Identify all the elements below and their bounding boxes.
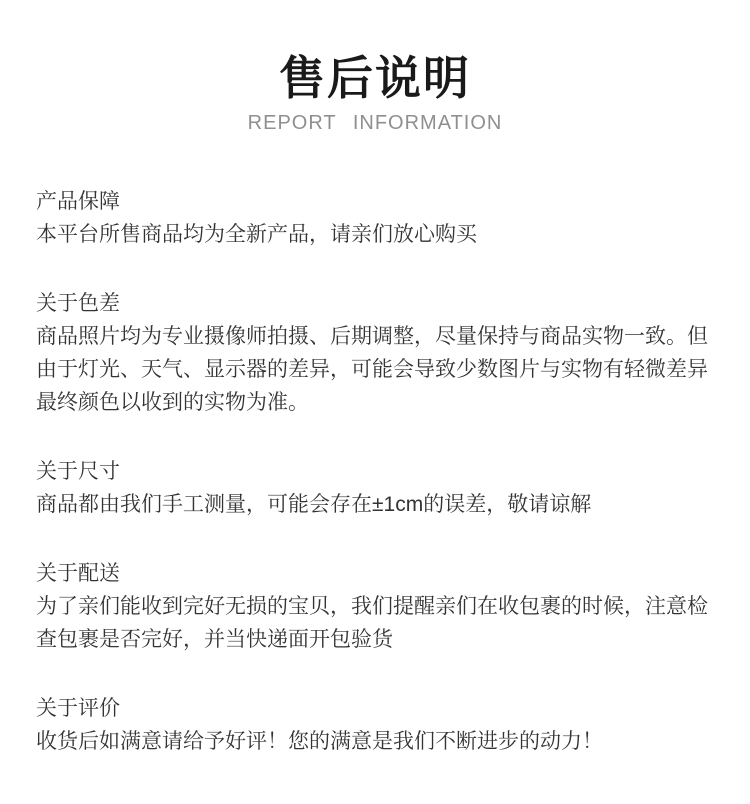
- section-text-line: 由于灯光、天气、显示器的差异，可能会导致少数图片与实物有轻微差异: [36, 353, 714, 386]
- section-product-guarantee: 产品保障 本平台所售商品均为全新产品，请亲们放心购买: [36, 185, 714, 251]
- section-text-line: 查包裹是否完好，并当快递面开包验货: [36, 623, 714, 656]
- section-heading: 关于色差: [36, 287, 714, 320]
- sections-container: 产品保障 本平台所售商品均为全新产品，请亲们放心购买 关于色差 商品照片均为专业…: [0, 135, 750, 758]
- section-review: 关于评价 收货后如满意请给予好评！您的满意是我们不断进步的动力！: [36, 692, 714, 758]
- section-color-difference: 关于色差 商品照片均为专业摄像师拍摄、后期调整，尽量保持与商品实物一致。但 由于…: [36, 287, 714, 419]
- section-heading: 关于尺寸: [36, 455, 714, 488]
- section-size: 关于尺寸 商品都由我们手工测量，可能会存在±1cm的误差，敬请谅解: [36, 455, 714, 521]
- section-text-line: 商品都由我们手工测量，可能会存在±1cm的误差，敬请谅解: [36, 488, 714, 521]
- section-text-line: 为了亲们能收到完好无损的宝贝，我们提醒亲们在收包裹的时候，注意检: [36, 590, 714, 623]
- section-text-line: 最终颜色以收到的实物为准。: [36, 386, 714, 419]
- page-title: 售后说明: [0, 50, 750, 106]
- section-text-line: 收货后如满意请给予好评！您的满意是我们不断进步的动力！: [36, 725, 714, 758]
- page-subtitle: REPORT INFORMATION: [0, 111, 750, 135]
- section-heading: 关于配送: [36, 557, 714, 590]
- section-text-line: 本平台所售商品均为全新产品，请亲们放心购买: [36, 218, 714, 251]
- after-sales-info-page: 售后说明 REPORT INFORMATION 产品保障 本平台所售商品均为全新…: [0, 0, 750, 804]
- section-delivery: 关于配送 为了亲们能收到完好无损的宝贝，我们提醒亲们在收包裹的时候，注意检 查包…: [36, 557, 714, 656]
- page-header: 售后说明 REPORT INFORMATION: [0, 0, 750, 135]
- section-heading: 产品保障: [36, 185, 714, 218]
- section-heading: 关于评价: [36, 692, 714, 725]
- section-text-line: 商品照片均为专业摄像师拍摄、后期调整，尽量保持与商品实物一致。但: [36, 320, 714, 353]
